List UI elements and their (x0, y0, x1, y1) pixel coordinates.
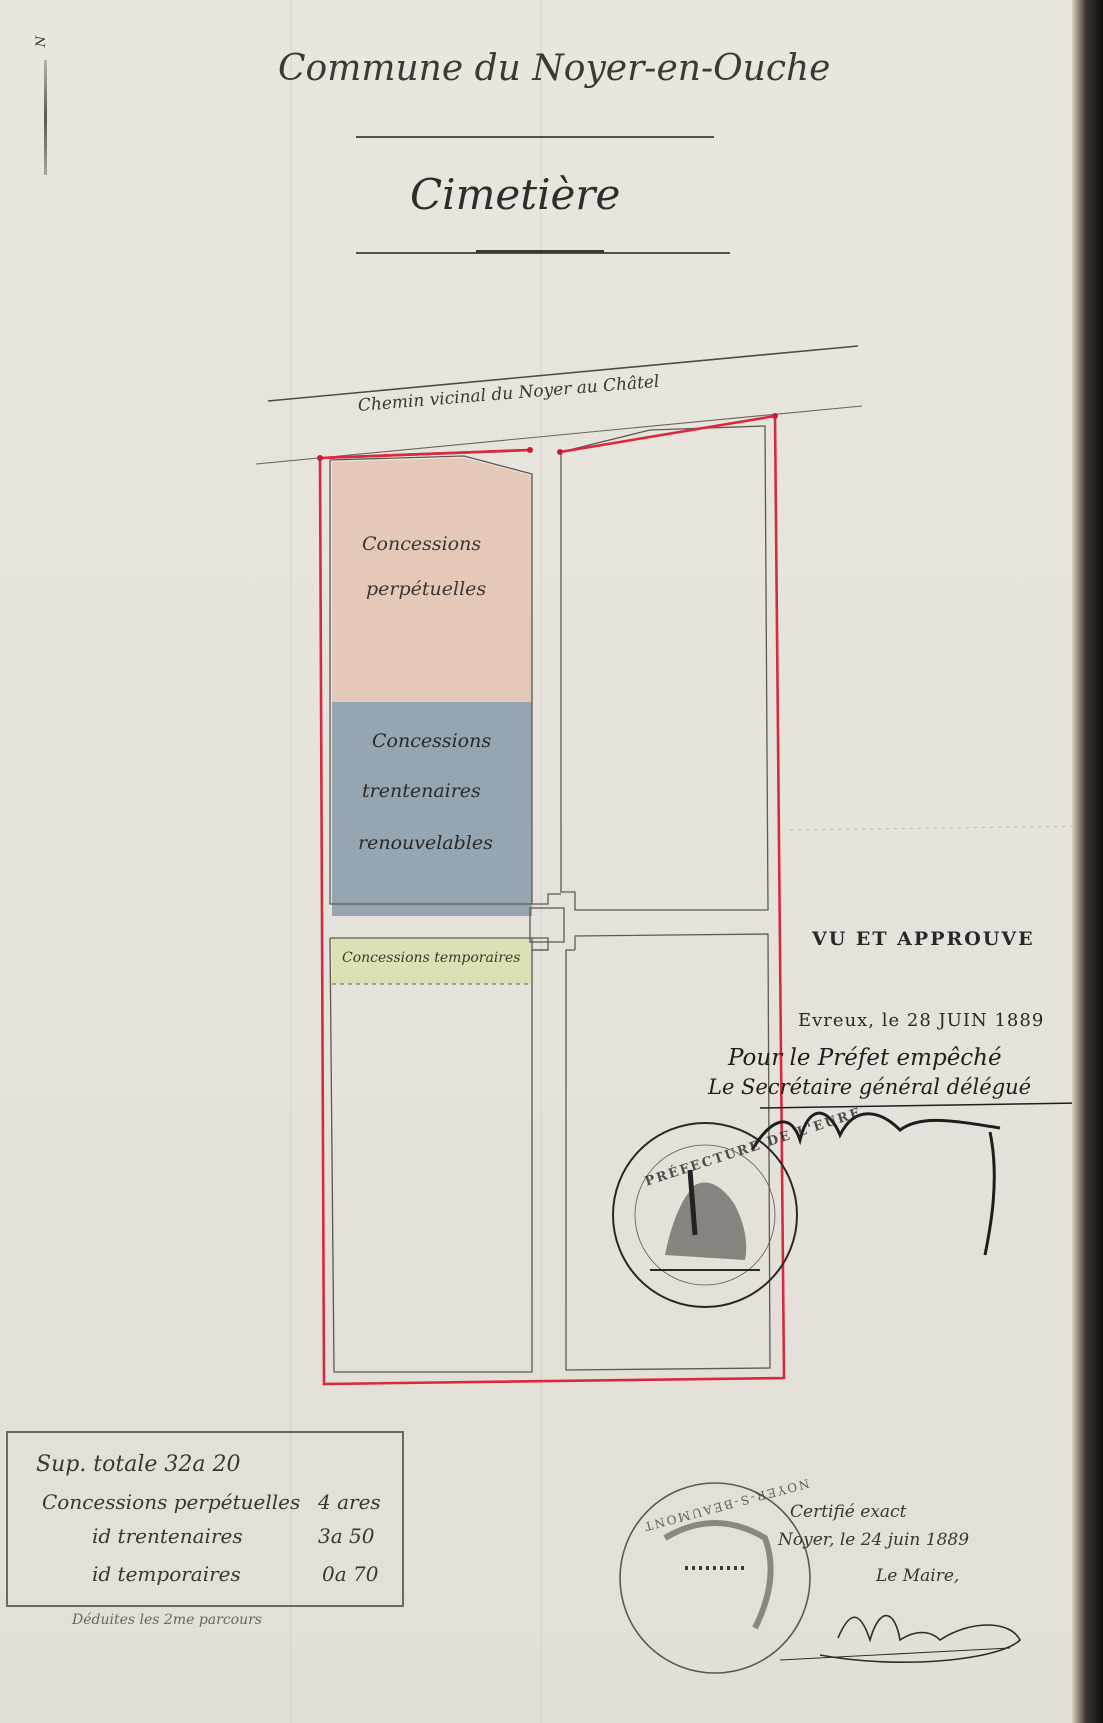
legend-footnote: Déduites les 2me parcours (72, 1612, 262, 1628)
plot-bottom-left-outline (330, 938, 548, 1372)
legend-perpetuelles-value: 4 ares (318, 1490, 381, 1514)
road-edge-lower (256, 406, 862, 464)
zone-label-temporaires: Concessions temporaires (342, 950, 520, 966)
document-sheet: N Commune du Noyer-en-Ouche Cimetière (0, 0, 1088, 1723)
approval-heading: VU ET APPROUVE (812, 928, 1035, 950)
zone-label-trentenaires-2: trentenaires (362, 780, 481, 802)
zone-label-trentenaires-3: renouvelables (358, 832, 493, 854)
certification-line-2: Noyer, le 24 juin 1889 (778, 1530, 969, 1550)
zone-label-trentenaires-1: Concessions (372, 730, 491, 752)
legend-temporaires-value: 0a 70 (322, 1562, 378, 1586)
legend-trentenaires-value: 3a 50 (318, 1524, 374, 1548)
legend-total: Sup. totale 32a 20 (36, 1452, 241, 1477)
approval-place-date: Evreux, le 28 JUIN 1889 (798, 1010, 1044, 1031)
zone-label-perpetuelles-1: Concessions (362, 533, 481, 555)
certification-line-1: Certifié exact (790, 1502, 906, 1522)
legend-trentenaires-label: id trentenaires (92, 1524, 243, 1548)
approval-line-1: Pour le Préfet empêché (728, 1045, 1002, 1071)
approval-line-2: Le Secrétaire général délégué (708, 1075, 1031, 1099)
legend-temporaires-label: id temporaires (92, 1562, 241, 1586)
legend-perpetuelles-label: Concessions perpétuelles (42, 1490, 300, 1514)
zone-label-perpetuelles-2: perpétuelles (366, 578, 486, 600)
mayor-signature (820, 1616, 1020, 1663)
certification-line-3: Le Maire, (876, 1566, 959, 1586)
page-edge-shadow (1072, 0, 1103, 1723)
central-cross-square (530, 908, 564, 942)
plot-top-right-outline (561, 426, 768, 910)
